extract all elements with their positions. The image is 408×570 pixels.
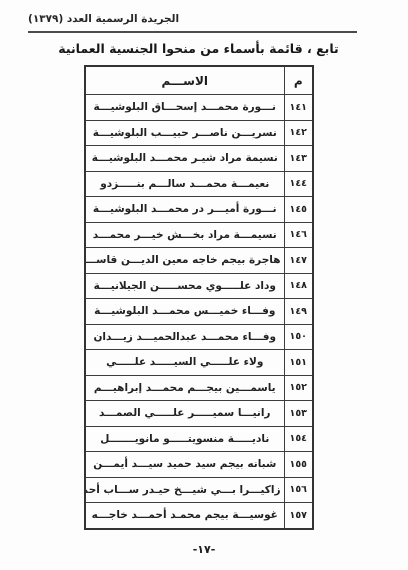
- column-header-name: الاســـم: [85, 66, 284, 95]
- row-name: وفـــاء محمـــد عبدالحميـــد زيـــدان: [85, 324, 284, 350]
- row-number: ١٤٥: [284, 197, 313, 223]
- row-name: رانيـــا سميـــــر علـــــي الصمـــد: [85, 401, 284, 427]
- row-name: غوسيـــة بيجم محمـد أحمـــد خاجـــه: [85, 503, 284, 529]
- row-name: هاجرة بيجم خاجه معين الديـــن قاســـم: [85, 248, 284, 274]
- table-row: ١٤٨وداد علـــــوي محســـــن الجيلانيـــة: [85, 273, 313, 299]
- row-number: ١٥٤: [284, 426, 313, 452]
- row-name: نسيمـــة مراد بخـــش خيـــر محمـــد: [85, 222, 284, 248]
- row-name: شبانه بيجم سيد حميد سيـــد أيمـــن: [85, 452, 284, 478]
- row-number: ١٥٢: [284, 375, 313, 401]
- page-number: -١٧-: [0, 543, 408, 556]
- header-rule: [28, 31, 357, 33]
- table-row: ١٥٥شبانه بيجم سيد حميد سيـــد أيمـــن: [85, 452, 313, 478]
- row-name: وداد علـــــوي محســـــن الجيلانيـــة: [85, 273, 284, 299]
- row-number: ١٥٥: [284, 452, 313, 478]
- row-number: ١٥١: [284, 350, 313, 376]
- row-number: ١٥٦: [284, 477, 313, 503]
- table-row: ١٥٤ناديـــــة منسويتـــــو مانويـــــــل: [85, 426, 313, 452]
- row-number: ١٤٣: [284, 146, 313, 172]
- row-name: ياسمـــين بيجـــم محمـــد إبراهيـــم: [85, 375, 284, 401]
- row-name: نسريـــن ناصـــر حبيـــب البلوشيـــة: [85, 120, 284, 146]
- table-header-row: م الاســـم: [85, 66, 313, 95]
- row-number: ١٤٤: [284, 171, 313, 197]
- row-name: نـــورة محمـــد إسحـــاق البلوشيـــة: [85, 95, 284, 121]
- gazette-page: الجريدة الرسمية العدد (١٣٧٩) تابع ، قائم…: [0, 0, 408, 570]
- row-number: ١٥٣: [284, 401, 313, 427]
- row-name: زاكيـــرا بـــي شيـــخ حيـدر ســـاب أحمـ…: [85, 477, 284, 503]
- table-row: ١٥٣رانيـــا سميـــــر علـــــي الصمـــد: [85, 401, 313, 427]
- table-row: ١٥٦زاكيـــرا بـــي شيـــخ حيـدر ســـاب أ…: [85, 477, 313, 503]
- table-row: ١٥٧غوسيـــة بيجم محمـد أحمـــد خاجـــه: [85, 503, 313, 529]
- row-number: ١٤١: [284, 95, 313, 121]
- table-row: ١٥١ولاء علـــــي السيـــــد علـــــي: [85, 350, 313, 376]
- table-row: ١٥٢ياسمـــين بيجـــم محمـــد إبراهيـــم: [85, 375, 313, 401]
- gazette-header: الجريدة الرسمية العدد (١٣٧٩): [28, 13, 179, 25]
- names-table: م الاســـم ١٤١نـــورة محمـــد إسحـــاق ا…: [84, 65, 314, 530]
- column-header-number: م: [284, 66, 313, 95]
- table-row: ١٤٣نسيمة مراد شيـر محمـــد البلوشيـــة: [85, 146, 313, 172]
- row-name: وفـــاء خميـــس محمـــد البلوشيـــة: [85, 299, 284, 325]
- table-row: ١٤٢نسريـــن ناصـــر حبيـــب البلوشيـــة: [85, 120, 313, 146]
- table-row: ١٤٦نسيمـــة مراد بخـــش خيـــر محمـــد: [85, 222, 313, 248]
- table-row: ١٤٤نعيمـــة محمـــد سالـــم بنـــــزدو: [85, 171, 313, 197]
- row-name: ناديـــــة منسويتـــــو مانويـــــــل: [85, 426, 284, 452]
- table-row: ١٤٧هاجرة بيجم خاجه معين الديـــن قاســـم: [85, 248, 313, 274]
- row-number: ١٥٠: [284, 324, 313, 350]
- table-row: ١٤٩وفـــاء خميـــس محمـــد البلوشيـــة: [85, 299, 313, 325]
- table-row: ١٥٠وفـــاء محمـــد عبدالحميـــد زيـــدان: [85, 324, 313, 350]
- row-name: نعيمـــة محمـــد سالـــم بنـــــزدو: [85, 171, 284, 197]
- row-number: ١٤٩: [284, 299, 313, 325]
- table-row: ١٤١نـــورة محمـــد إسحـــاق البلوشيـــة: [85, 95, 313, 121]
- row-number: ١٤٢: [284, 120, 313, 146]
- row-name: نـــورة أميـــر در محمـــد البلوشيـــة: [85, 197, 284, 223]
- row-name: ولاء علـــــي السيـــــد علـــــي: [85, 350, 284, 376]
- row-name: نسيمة مراد شيـر محمـــد البلوشيـــة: [85, 146, 284, 172]
- row-number: ١٤٧: [284, 248, 313, 274]
- row-number: ١٤٦: [284, 222, 313, 248]
- row-number: ١٤٨: [284, 273, 313, 299]
- table-row: ١٤٥نـــورة أميـــر در محمـــد البلوشيـــ…: [85, 197, 313, 223]
- page-title: تابع ، قائمة بأسماء من منحوا الجنسية الع…: [56, 41, 341, 56]
- row-number: ١٥٧: [284, 503, 313, 529]
